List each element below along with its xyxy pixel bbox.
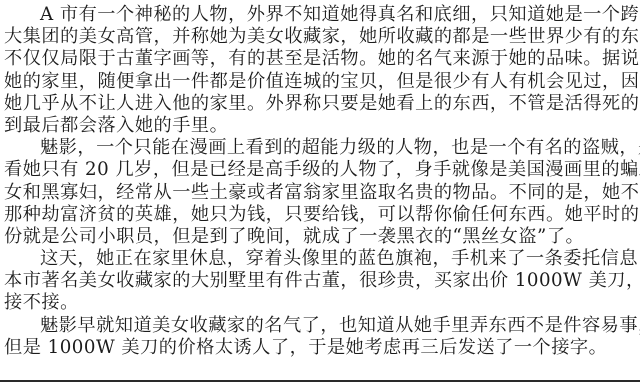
text-line: 魅影早就知道美女收藏家的名气了，也知道从她手里弄东西不是件容易事， bbox=[4, 315, 634, 337]
text-line: 不仅仅局限于古董字画等，有的甚至是活物。她的名气来源于她的品味。据说在 bbox=[4, 48, 634, 70]
text-line: 那种劫富济贫的英雄，她只为钱，只要给钱，可以帮你偷任何东西。她平时的身 bbox=[4, 204, 634, 226]
text-line: 本市著名美女收藏家的大别墅里有件古董，很珍贵，买家出价 1000W 美刀，问她 bbox=[4, 270, 634, 292]
text-line: 魅影，一个只能在漫画上看到的超能力级的人物，也是一个有名的盗贼，别 bbox=[4, 137, 634, 159]
text-line: 女和黑寡妇，经常从一些土豪或者富翁家里盗取名贵的物品。不同的是，她不是 bbox=[4, 182, 634, 204]
text-line: 她几乎从不让人进入他的家里。外界称只要是她看上的东西，不管是活得死的， bbox=[4, 93, 634, 115]
text-line: A 市有一个神秘的人物，外界不知道她得真名和底细，只知道她是一个跨国 bbox=[4, 4, 634, 26]
text-line: 份就是公司小职员，但是到了晚间，就成了一袭黑衣的“黑丝女盗”了。 bbox=[4, 226, 634, 248]
text-line: 看她只有 20 几岁，但是已经是高手级的人物了，身手就像是美国漫画里的蝙蝠 bbox=[4, 159, 634, 181]
text-line: 这天，她正在家里休息，穿着头像里的蓝色旗袍，手机来了一条委托信息： bbox=[4, 248, 634, 270]
text-line: 但是 1000W 美刀的价格太诱人了，于是她考虑再三后发送了一个接字。 bbox=[4, 337, 634, 359]
text-line: 接不接。 bbox=[4, 292, 634, 314]
text-line: 大集团的美女高管，并称她为美女收藏家，她所收藏的都是一些世界少有的东西， bbox=[4, 26, 634, 48]
document-page: A 市有一个神秘的人物，外界不知道她得真名和底细，只知道她是一个跨国 大集团的美… bbox=[0, 0, 640, 380]
text-line: 到最后都会落入她的手里。 bbox=[4, 115, 634, 137]
text-line: 她的家里，随便拿出一件都是价值连城的宝贝，但是很少有人有机会见过，因为 bbox=[4, 71, 634, 93]
